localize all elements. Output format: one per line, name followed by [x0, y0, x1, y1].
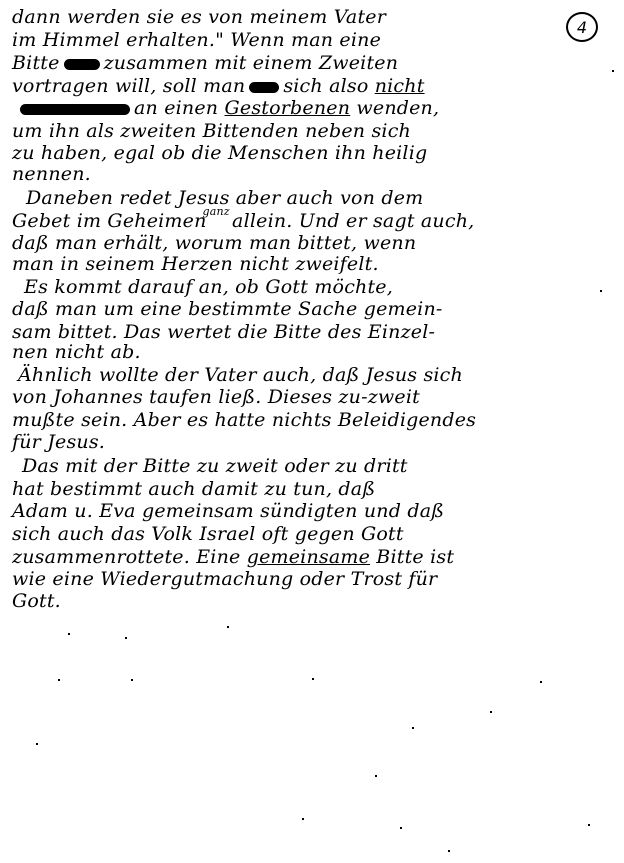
crossed-out-word [20, 104, 130, 115]
line-text: im Himmel erhalten." Wenn man eine [12, 29, 381, 51]
text-line: sich auch das Volk Israel oft gegen Gott [12, 523, 404, 545]
line-text: Das mit der Bitte zu zweit oder zu dritt [22, 455, 408, 477]
text-line: Adam u. Eva gemeinsam sündigten und daß [12, 500, 444, 522]
scan-speck [302, 818, 304, 820]
text-line: an einen Gestorbenen wenden, [12, 97, 439, 119]
text-line: zu haben, egal ob die Menschen ihn heili… [12, 142, 427, 164]
line-text: sich auch das Volk Israel oft gegen Gott [12, 523, 404, 545]
line-text: Bitte [12, 52, 60, 74]
text-line: nen nicht ab. [12, 341, 141, 363]
text-line: Das mit der Bitte zu zweit oder zu dritt [22, 455, 408, 477]
inserted-word: ganz [203, 205, 230, 218]
text-line: von Johannes taufen ließ. Dieses zu-zwei… [12, 386, 420, 408]
text-line: zusammenrottete. Eine gemeinsame Bitte i… [12, 546, 454, 568]
line-text: Gebet im Geheimen [12, 210, 207, 232]
scan-speck [600, 290, 602, 292]
scan-speck [612, 70, 614, 72]
scan-speck [36, 743, 38, 745]
line-text: man in seinem Herzen nicht zweifelt. [12, 253, 379, 275]
line-text: Ähnlich wollte der Vater auch, daß Jesus… [18, 364, 463, 386]
text-line: man in seinem Herzen nicht zweifelt. [12, 253, 379, 275]
line-text: daß man um eine bestimmte Sache gemein- [12, 298, 443, 320]
scan-speck [58, 679, 60, 681]
text-line: daß man um eine bestimmte Sache gemein- [12, 298, 443, 320]
line-text: um ihn als zweiten Bittenden neben sich [12, 120, 411, 142]
handwritten-page: 4 dann werden sie es von meinem Vater im… [0, 0, 624, 863]
text-line: sam bittet. Das wertet die Bitte des Ein… [12, 321, 435, 343]
text-line: um ihn als zweiten Bittenden neben sich [12, 120, 411, 142]
line-text: zusammen mit einem Zweiten [104, 52, 399, 74]
text-line: wie eine Wiedergutmachung oder Trost für [12, 568, 437, 590]
scan-speck [125, 637, 127, 639]
scan-speck [68, 633, 70, 635]
scan-speck [540, 681, 542, 683]
line-text: zusammenrottete. Eine [12, 546, 240, 568]
text-line: nennen. [12, 163, 91, 185]
text-line: im Himmel erhalten." Wenn man eine [12, 29, 381, 51]
line-text: mußte sein. Aber es hatte nichts Beleidi… [12, 409, 476, 431]
line-text: sam bittet. Das wertet die Bitte des Ein… [12, 321, 435, 343]
underlined-word: gemeinsame [247, 546, 370, 568]
underlined-word: Gestorbenen [225, 97, 351, 119]
line-text: dann werden sie es von meinem Vater [12, 6, 386, 28]
scan-speck [448, 850, 450, 852]
scan-speck [375, 775, 377, 777]
text-line: mußte sein. Aber es hatte nichts Beleidi… [12, 409, 476, 431]
text-line: Ähnlich wollte der Vater auch, daß Jesus… [18, 364, 463, 386]
text-line: dann werden sie es von meinem Vater [12, 6, 386, 28]
page-number-circle: 4 [566, 12, 598, 42]
line-text: hat bestimmt auch damit zu tun, daß [12, 478, 375, 500]
line-text: nen nicht ab. [12, 341, 141, 363]
scan-speck [227, 626, 229, 628]
text-line: Bittezusammen mit einem Zweiten [12, 52, 398, 74]
crossed-out-word [249, 82, 279, 93]
line-text: von Johannes taufen ließ. Dieses zu-zwei… [12, 386, 420, 408]
text-line: für Jesus. [12, 431, 105, 453]
scan-speck [312, 678, 314, 680]
line-text: für Jesus. [12, 431, 105, 453]
line-text: an einen [134, 97, 218, 119]
text-line: hat bestimmt auch damit zu tun, daß [12, 478, 375, 500]
scan-speck [412, 727, 414, 729]
text-line: Gebet im Geheimenganz allein. Und er sag… [12, 210, 474, 232]
scan-speck [490, 711, 492, 713]
scan-speck [131, 679, 133, 681]
line-text: vortragen will, soll man [12, 75, 245, 97]
text-line: daß man erhält, worum man bittet, wenn [12, 232, 416, 254]
underlined-word: nicht [375, 75, 425, 97]
line-text: Adam u. Eva gemeinsam sündigten und daß [12, 500, 444, 522]
page-number: 4 [577, 18, 587, 37]
scan-speck [400, 827, 402, 829]
line-text: sich also [283, 75, 368, 97]
line-text: Bitte ist [376, 546, 454, 568]
line-text: Gott. [12, 590, 61, 612]
line-text: wie eine Wiedergutmachung oder Trost für [12, 568, 437, 590]
line-text: nennen. [12, 163, 91, 185]
line-text: daß man erhält, worum man bittet, wenn [12, 232, 416, 254]
text-line: Gott. [12, 590, 61, 612]
line-text: zu haben, egal ob die Menschen ihn heili… [12, 142, 427, 164]
line-text: Es kommt darauf an, ob Gott möchte, [24, 276, 393, 298]
text-line: Es kommt darauf an, ob Gott möchte, [24, 276, 393, 298]
text-line: vortragen will, soll mansich also nicht [12, 75, 425, 97]
crossed-out-word [64, 59, 100, 70]
line-text: allein. Und er sagt auch, [232, 210, 474, 232]
line-text: wenden, [356, 97, 439, 119]
scan-speck [588, 824, 590, 826]
